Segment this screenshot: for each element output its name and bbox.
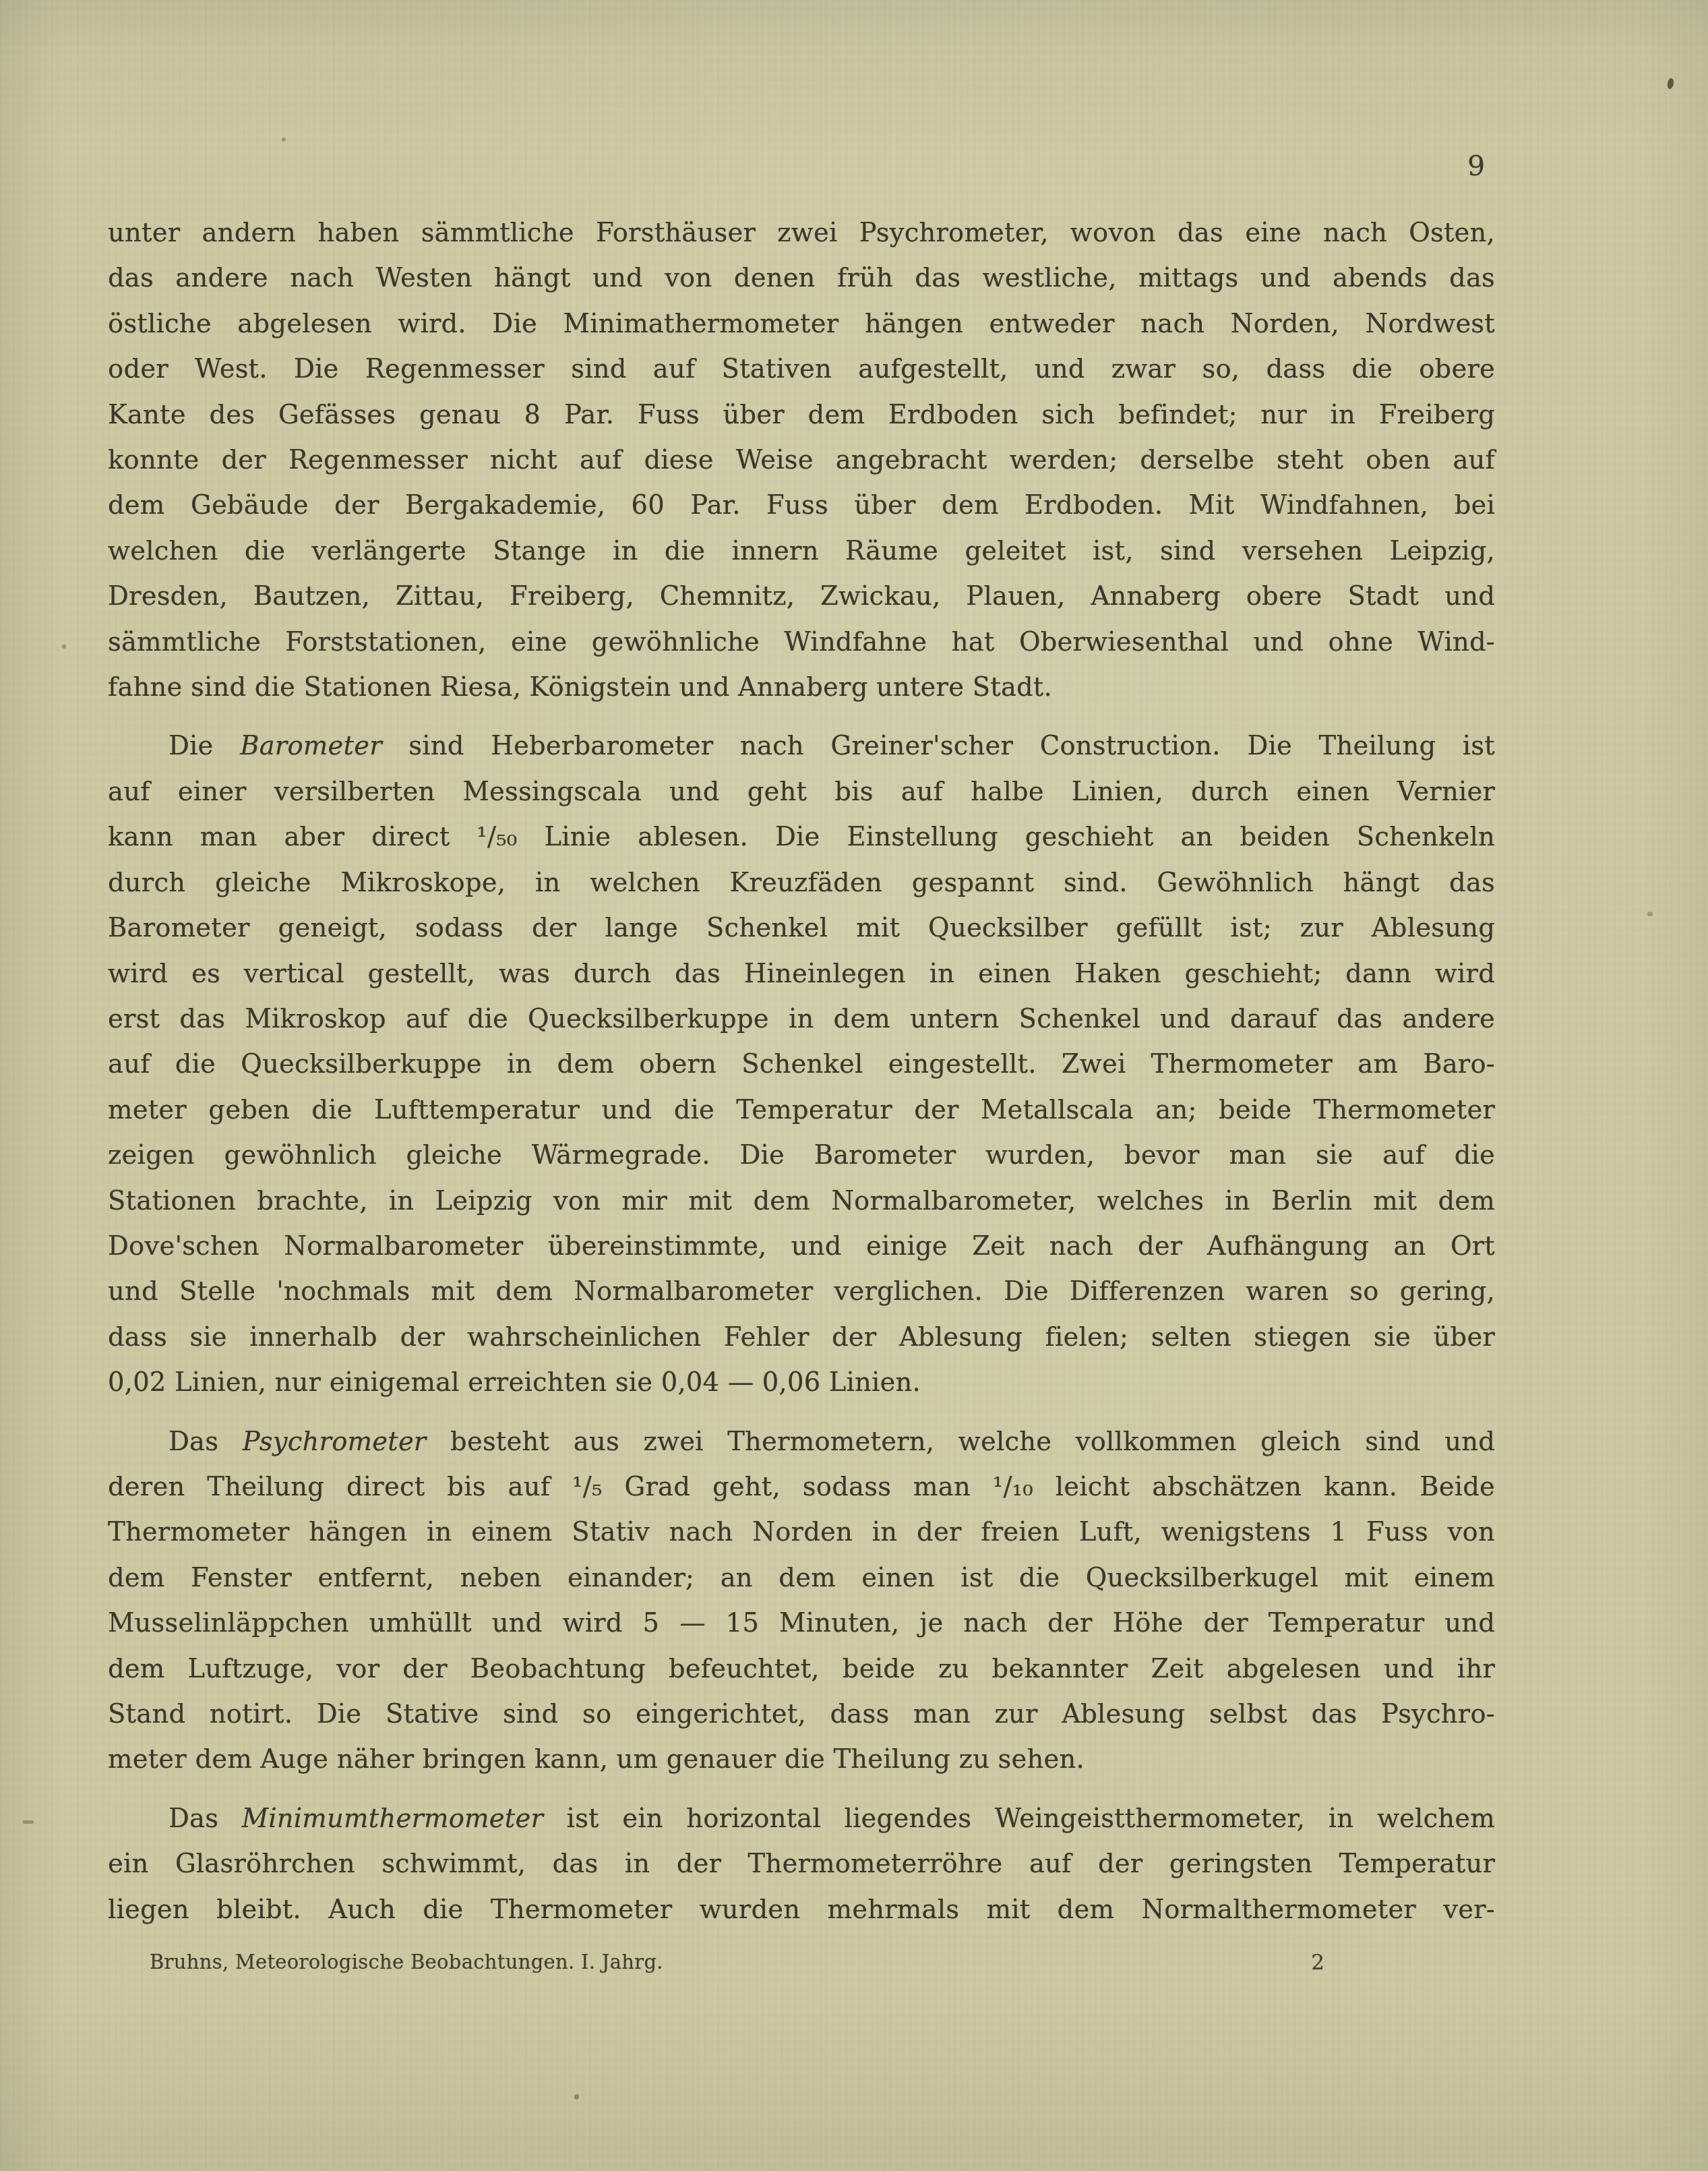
- text-segment: 0,02 Linien, nur einigemal erreichten si…: [108, 1367, 921, 1398]
- scan-speck: [23, 1820, 34, 1824]
- text-line: auf die Quecksilberkuppe in dem obern Sc…: [108, 1042, 1495, 1087]
- text-segment: erst das Mikroskop auf die Quecksilberku…: [108, 1004, 1495, 1034]
- text-segment: Kante des Gefässes genau 8 Par. Fuss übe…: [108, 400, 1495, 430]
- text-line: zeigen gewöhnlich gleiche Wärmegrade. Di…: [108, 1133, 1495, 1178]
- page-number: 9: [1449, 150, 1503, 182]
- text-segment: dass sie innerhalb der wahrscheinlichen …: [108, 1322, 1495, 1352]
- text-line: unter andern haben sämmtliche Forsthäuse…: [108, 210, 1495, 256]
- text-segment: dem Luftzuge, vor der Beobachtung befeuc…: [108, 1654, 1495, 1684]
- paragraph: Die Barometer sind Heberbarometer nach G…: [108, 723, 1495, 1405]
- text-segment: Stationen brachte, in Leipzig von mir mi…: [108, 1186, 1495, 1216]
- text-segment: welchen die verlängerte Stange in die in…: [108, 536, 1495, 566]
- text-line: und Stelle 'nochmals mit dem Normalbarom…: [108, 1269, 1495, 1314]
- scanned-book-page: 9 unter andern haben sämmtliche Forsthäu…: [0, 0, 1708, 2171]
- text-line: Stationen brachte, in Leipzig von mir mi…: [108, 1179, 1495, 1224]
- text-line: dass sie innerhalb der wahrscheinlichen …: [108, 1315, 1495, 1360]
- text-segment: fahne sind die Stationen Riesa, Königste…: [108, 672, 1052, 703]
- text-line: kann man aber direct ¹/₅₀ Linie ablesen.…: [108, 814, 1495, 860]
- text-segment: Das: [169, 1804, 242, 1834]
- text-segment: und Stelle 'nochmals mit dem Normalbarom…: [108, 1276, 1495, 1307]
- text-line: wird es vertical gestellt, was durch das…: [108, 951, 1495, 997]
- scan-speck: [574, 2094, 579, 2100]
- text-line: fahne sind die Stationen Riesa, Königste…: [108, 665, 1495, 710]
- text-line: Die Barometer sind Heberbarometer nach G…: [108, 723, 1495, 769]
- text-line: Das Psychrometer besteht aus zwei Thermo…: [108, 1419, 1495, 1464]
- text-line: sämmtliche Forststationen, eine gewöhnli…: [108, 620, 1495, 665]
- text-segment: Die: [169, 731, 240, 761]
- text-segment: wird es vertical gestellt, was durch das…: [108, 959, 1495, 989]
- text-segment: auf einer versilberten Messingscala und …: [108, 777, 1495, 807]
- text-line: das andere nach Westen hängt und von den…: [108, 256, 1495, 301]
- text-segment: Musselinläppchen umhüllt und wird 5 — 15…: [108, 1608, 1495, 1638]
- text-line: Thermometer hängen in einem Stativ nach …: [108, 1510, 1495, 1555]
- footer-citation: Bruhns, Meteorologische Beobachtungen. I…: [150, 1951, 663, 1973]
- page-footer: Bruhns, Meteorologische Beobachtungen. I…: [0, 1951, 1708, 1984]
- text-segment: besteht aus zwei Thermometern, welche vo…: [426, 1427, 1495, 1457]
- text-line: Dresden, Bautzen, Zittau, Freiberg, Chem…: [108, 574, 1495, 619]
- text-line: 0,02 Linien, nur einigemal erreichten si…: [108, 1360, 1495, 1405]
- text-line: Dove'schen Normalbarometer übereinstimmt…: [108, 1224, 1495, 1269]
- text-line: deren Theilung direct bis auf ¹/₅ Grad g…: [108, 1464, 1495, 1510]
- text-line: Barometer geneigt, sodass der lange Sche…: [108, 905, 1495, 951]
- scan-speck: [282, 138, 286, 142]
- text-segment: sämmtliche Forststationen, eine gewöhnli…: [108, 627, 1495, 657]
- text-line: ein Glasröhrchen schwimmt, das in der Th…: [108, 1841, 1495, 1886]
- text-segment: Dresden, Bautzen, Zittau, Freiberg, Chem…: [108, 581, 1495, 612]
- text-segment: östliche abgelesen wird. Die Minimatherm…: [108, 309, 1495, 339]
- text-line: dem Gebäude der Bergakademie, 60 Par. Fu…: [108, 483, 1495, 528]
- text-line: erst das Mikroskop auf die Quecksilberku…: [108, 997, 1495, 1042]
- text-line: Kante des Gefässes genau 8 Par. Fuss übe…: [108, 392, 1495, 438]
- text-line: welchen die verlängerte Stange in die in…: [108, 529, 1495, 574]
- text-line: liegen bleibt. Auch die Thermometer wurd…: [108, 1887, 1495, 1932]
- text-segment: auf die Quecksilberkuppe in dem obern Sc…: [108, 1049, 1495, 1079]
- text-segment: ist ein horizontal liegendes Weingeistth…: [543, 1804, 1495, 1834]
- text-segment: Barometer geneigt, sodass der lange Sche…: [108, 913, 1495, 943]
- text-segment: meter dem Auge näher bringen kann, um ge…: [108, 1744, 1085, 1775]
- text-line: durch gleiche Mikroskope, in welchen Kre…: [108, 860, 1495, 905]
- text-line: dem Luftzuge, vor der Beobachtung befeuc…: [108, 1646, 1495, 1692]
- text-segment: Stand notirt. Die Stative sind so einger…: [108, 1699, 1495, 1729]
- text-segment: meter geben die Lufttemperatur und die T…: [108, 1095, 1495, 1125]
- paragraph: Das Psychrometer besteht aus zwei Thermo…: [108, 1419, 1495, 1783]
- scan-speck: [62, 645, 66, 649]
- text-segment: konnte der Regenmesser nicht auf diese W…: [108, 445, 1495, 475]
- text-line: dem Fenster entfernt, neben einander; an…: [108, 1555, 1495, 1601]
- paragraph: unter andern haben sämmtliche Forsthäuse…: [108, 210, 1495, 710]
- text-segment: sind Heberbarometer nach Greiner'scher C…: [382, 731, 1495, 761]
- text-block: unter andern haben sämmtliche Forsthäuse…: [108, 210, 1495, 1932]
- text-line: östliche abgelesen wird. Die Minimatherm…: [108, 301, 1495, 347]
- text-segment: Das: [169, 1427, 243, 1457]
- sheet-signature-number: 2: [1301, 1951, 1335, 1975]
- scan-speck: [1647, 912, 1653, 916]
- text-segment: das andere nach Westen hängt und von den…: [108, 263, 1495, 293]
- text-line: Stand notirt. Die Stative sind so einger…: [108, 1692, 1495, 1737]
- emphasized-term: Barometer: [240, 731, 382, 761]
- text-segment: dem Gebäude der Bergakademie, 60 Par. Fu…: [108, 490, 1495, 521]
- text-segment: dem Fenster entfernt, neben einander; an…: [108, 1563, 1495, 1593]
- text-segment: deren Theilung direct bis auf ¹/₅ Grad g…: [108, 1472, 1495, 1502]
- text-line: konnte der Regenmesser nicht auf diese W…: [108, 438, 1495, 483]
- text-line: Musselinläppchen umhüllt und wird 5 — 15…: [108, 1601, 1495, 1646]
- text-line: Das Minimumthermometer ist ein horizonta…: [108, 1796, 1495, 1841]
- paragraph: Das Minimumthermometer ist ein horizonta…: [108, 1796, 1495, 1932]
- text-segment: liegen bleibt. Auch die Thermometer wurd…: [108, 1895, 1495, 1925]
- text-segment: Dove'schen Normalbarometer übereinstimmt…: [108, 1231, 1495, 1261]
- text-segment: oder West. Die Regenmesser sind auf Stat…: [108, 354, 1495, 384]
- text-segment: unter andern haben sämmtliche Forsthäuse…: [108, 218, 1495, 248]
- text-line: meter dem Auge näher bringen kann, um ge…: [108, 1737, 1495, 1782]
- text-segment: ein Glasröhrchen schwimmt, das in der Th…: [108, 1849, 1495, 1879]
- text-segment: zeigen gewöhnlich gleiche Wärmegrade. Di…: [108, 1140, 1495, 1170]
- text-segment: durch gleiche Mikroskope, in welchen Kre…: [108, 868, 1495, 898]
- text-segment: Thermometer hängen in einem Stativ nach …: [108, 1517, 1495, 1547]
- emphasized-term: Psychrometer: [243, 1427, 427, 1457]
- text-line: meter geben die Lufttemperatur und die T…: [108, 1088, 1495, 1133]
- text-segment: kann man aber direct ¹/₅₀ Linie ablesen.…: [108, 822, 1495, 852]
- text-line: auf einer versilberten Messingscala und …: [108, 769, 1495, 814]
- emphasized-term: Minimumthermometer: [242, 1804, 543, 1834]
- text-line: oder West. Die Regenmesser sind auf Stat…: [108, 347, 1495, 392]
- scan-speck: [1666, 78, 1674, 90]
